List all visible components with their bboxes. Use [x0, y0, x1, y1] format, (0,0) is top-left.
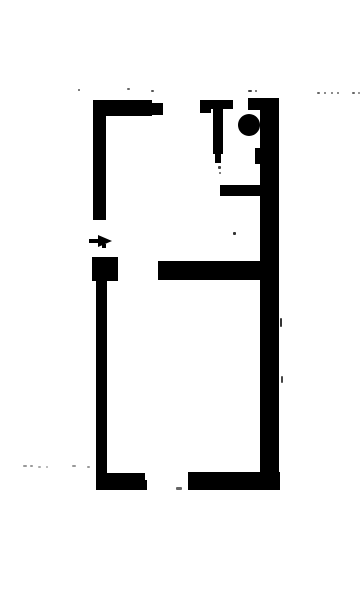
scan-dot-bottom-5 — [72, 465, 76, 467]
scan-dot-top-6 — [317, 92, 320, 94]
room-divider-wall — [158, 261, 262, 280]
right-wall-edge-speck-2 — [281, 376, 283, 383]
floor-plan — [0, 0, 361, 589]
scan-dot-top-10 — [352, 92, 355, 94]
stub-tail-speck-1 — [218, 166, 221, 169]
scan-dot-bottom-3 — [38, 466, 41, 468]
bottom-wall-left-step — [133, 480, 147, 490]
top-wall-right — [248, 98, 279, 110]
right-wall — [260, 98, 279, 490]
scan-dot-top-2 — [127, 88, 130, 90]
scan-dot-top-7 — [324, 92, 326, 94]
interior-speck — [233, 232, 236, 235]
top-wall-left-end — [150, 103, 163, 115]
right-wall-bump — [255, 148, 262, 164]
scan-dot-bottom-6 — [87, 466, 90, 468]
wc-wall-stub — [213, 107, 223, 154]
scan-dot-top-3 — [151, 90, 154, 92]
bottom-gap-speck — [176, 487, 182, 490]
stub-tail-speck-2 — [219, 172, 221, 174]
scan-dot-bottom-1 — [23, 465, 27, 467]
scan-dot-bottom-4 — [46, 466, 48, 468]
left-wall-lower — [96, 277, 107, 490]
scan-dot-top-9 — [337, 92, 339, 94]
wc-wall-top-endcap — [200, 100, 211, 113]
floor-plan-scan — [0, 0, 361, 589]
wc-wall-bottom — [220, 185, 265, 196]
scan-dot-top-4 — [248, 90, 252, 92]
wc-wall-stub-tip — [215, 152, 221, 163]
scan-dot-top-1 — [78, 89, 80, 91]
scan-dot-top-5 — [255, 90, 257, 92]
entry-arrow-leg — [102, 244, 106, 248]
scan-dot-bottom-2 — [30, 465, 33, 467]
scan-dot-top-8 — [331, 92, 333, 94]
right-wall-edge-speck-1 — [280, 318, 282, 327]
scan-dot-top-11 — [358, 92, 360, 94]
left-wall-upper — [93, 100, 106, 220]
toilet-bowl-circle — [238, 114, 260, 136]
